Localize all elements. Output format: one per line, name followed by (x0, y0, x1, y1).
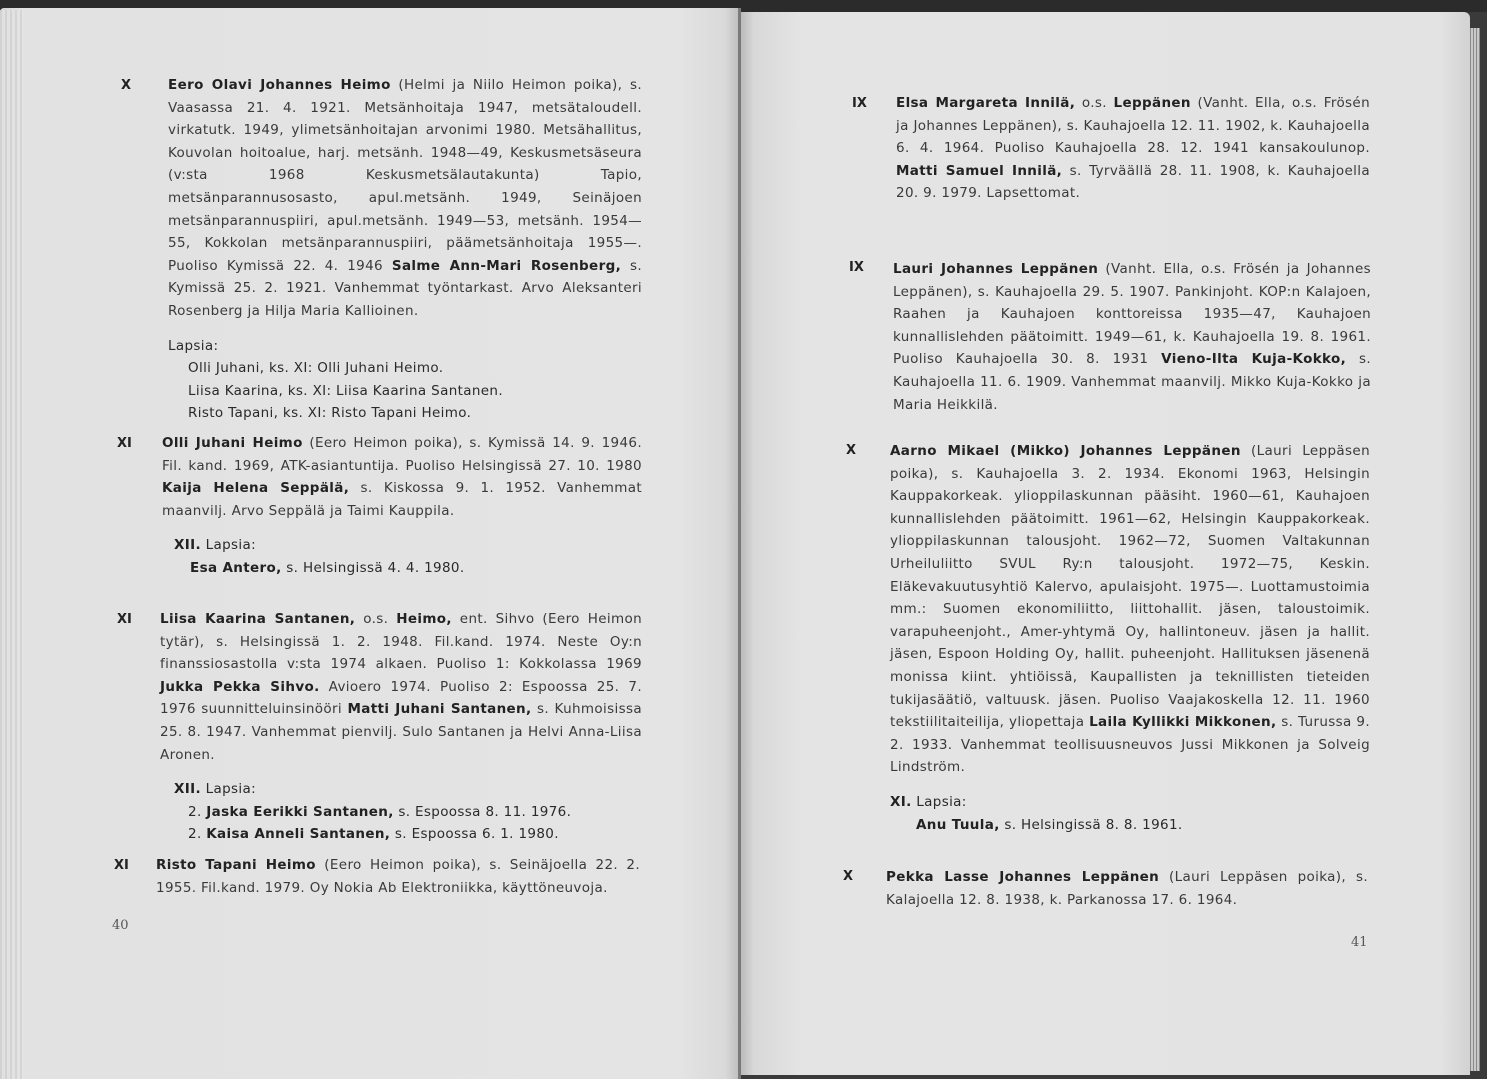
spouse-name: Salme Ann-Mari Rosenberg, (392, 258, 621, 274)
generation-marker: X (846, 443, 856, 458)
children-generation: XII. (174, 781, 201, 797)
entry-text: (Helmi ja Niilo Heimon poika), s. Vaasas… (168, 77, 642, 274)
generation-marker: XI (117, 436, 132, 451)
person-name: Risto Tapani Heimo (156, 857, 316, 873)
spouse-name: Kaija Helena Seppälä, (162, 480, 349, 496)
generation-marker: IX (849, 260, 864, 275)
child-item: Esa Antero, s. Helsingissä 4. 4. 1980. (162, 557, 642, 580)
entry-risto-heimo: Risto Tapani Heimo (Eero Heimon poika), … (156, 854, 640, 899)
maiden-name: Heimo, (396, 611, 452, 627)
children-label: XII. Lapsia: (160, 778, 642, 801)
entry-olli-heimo: Olli Juhani Heimo (Eero Heimon poika), s… (162, 432, 642, 580)
child-name: Anu Tuula, (916, 817, 1000, 833)
child-name: Esa Antero, (190, 560, 282, 576)
entry-body: Aarno Mikael (Mikko) Johannes Leppänen (… (890, 440, 1370, 779)
child-name: Kaisa Anneli Santanen, (206, 826, 390, 842)
entry-body: Elsa Margareta Innilä, o.s. Leppänen (Va… (896, 92, 1370, 205)
children-generation: XI. (890, 794, 912, 810)
child-item: Risto Tapani, ks. XI: Risto Tapani Heimo… (168, 402, 642, 425)
person-name: Aarno Mikael (Mikko) Johannes Leppänen (890, 443, 1241, 459)
spouse-name: Vieno-Ilta Kuja-Kokko, (1161, 351, 1346, 367)
child-item: Anu Tuula, s. Helsingissä 8. 8. 1961. (890, 814, 1370, 837)
person-name: Liisa Kaarina Santanen, (160, 611, 355, 627)
children-label: XI. Lapsia: (890, 791, 1370, 814)
person-name: Eero Olavi Johannes Heimo (168, 77, 391, 93)
entry-body: Eero Olavi Johannes Heimo (Helmi ja Niil… (168, 74, 642, 323)
entry-body: Pekka Lasse Johannes Leppänen (Lauri Lep… (886, 866, 1368, 911)
child-item: 2. Jaska Eerikki Santanen, s. Espoossa 8… (160, 801, 642, 824)
entry-liisa-santanen: Liisa Kaarina Santanen, o.s. Heimo, ent.… (160, 608, 642, 846)
person-name: Lauri Johannes Leppänen (893, 261, 1098, 277)
left-page-edges (0, 10, 24, 1079)
entry-text: (Lauri Leppäsen poika), s. Kauhajoella 3… (890, 443, 1370, 730)
entry-body: Liisa Kaarina Santanen, o.s. Heimo, ent.… (160, 608, 642, 766)
book-gutter (738, 8, 741, 1079)
child-item: Olli Juhani, ks. XI: Olli Juhani Heimo. (168, 357, 642, 380)
entry-body: Lauri Johannes Leppänen (Vanht. Ella, o.… (893, 258, 1371, 416)
child-text: s. Helsingissä 4. 4. 1980. (282, 560, 465, 576)
children-label-text: Lapsia: (206, 781, 256, 797)
os-label: o.s. (355, 611, 396, 627)
spouse-name: Matti Juhani Santanen, (347, 701, 531, 717)
children-label-text: Lapsia: (206, 537, 256, 553)
os-label: o.s. (1075, 95, 1113, 111)
entry-elsa-innila: Elsa Margareta Innilä, o.s. Leppänen (Va… (896, 92, 1370, 205)
child-text: s. Helsingissä 8. 8. 1961. (1000, 817, 1183, 833)
maiden-name: Leppänen (1114, 95, 1191, 111)
child-name: Jaska Eerikki Santanen, (206, 804, 393, 820)
entry-body: Olli Juhani Heimo (Eero Heimon poika), s… (162, 432, 642, 522)
book-spread: X Eero Olavi Johannes Heimo (Helmi ja Ni… (0, 0, 1487, 1079)
page-number-right: 41 (1351, 935, 1368, 950)
children-label: Lapsia: (168, 335, 642, 358)
generation-marker: XI (117, 612, 132, 627)
child-prefix: 2. (188, 826, 206, 842)
person-name: Elsa Margareta Innilä, (896, 95, 1075, 111)
person-name: Olli Juhani Heimo (162, 435, 303, 451)
children-label-text: Lapsia: (916, 794, 966, 810)
page-number-left: 40 (112, 918, 129, 933)
right-page-edges (1470, 28, 1480, 1071)
child-prefix: 2. (188, 804, 206, 820)
entry-body: Risto Tapani Heimo (Eero Heimon poika), … (156, 854, 640, 899)
child-item: 2. Kaisa Anneli Santanen, s. Espoossa 6.… (160, 823, 642, 846)
children-generation: XII. (174, 537, 201, 553)
spouse-name: Laila Kyllikki Mikkonen, (1089, 714, 1276, 730)
generation-marker: X (843, 869, 853, 884)
child-text: s. Espoossa 6. 1. 1980. (390, 826, 559, 842)
child-item: Liisa Kaarina, ks. XI: Liisa Kaarina San… (168, 380, 642, 403)
generation-marker: X (121, 78, 131, 93)
generation-marker: XI (114, 858, 129, 873)
person-name: Pekka Lasse Johannes Leppänen (886, 869, 1159, 885)
entry-aarno-leppanen: Aarno Mikael (Mikko) Johannes Leppänen (… (890, 440, 1370, 836)
entry-lauri-leppanen: Lauri Johannes Leppänen (Vanht. Ella, o.… (893, 258, 1371, 416)
generation-marker: IX (852, 96, 867, 111)
entry-pekka-leppanen: Pekka Lasse Johannes Leppänen (Lauri Lep… (886, 866, 1368, 911)
children-label: XII. Lapsia: (162, 534, 642, 557)
entry-eero-heimo: Eero Olavi Johannes Heimo (Helmi ja Niil… (168, 74, 642, 425)
spouse-name: Jukka Pekka Sihvo. (160, 679, 320, 695)
spouse-name: Matti Samuel Innilä, (896, 163, 1062, 179)
child-text: s. Espoossa 8. 11. 1976. (394, 804, 572, 820)
